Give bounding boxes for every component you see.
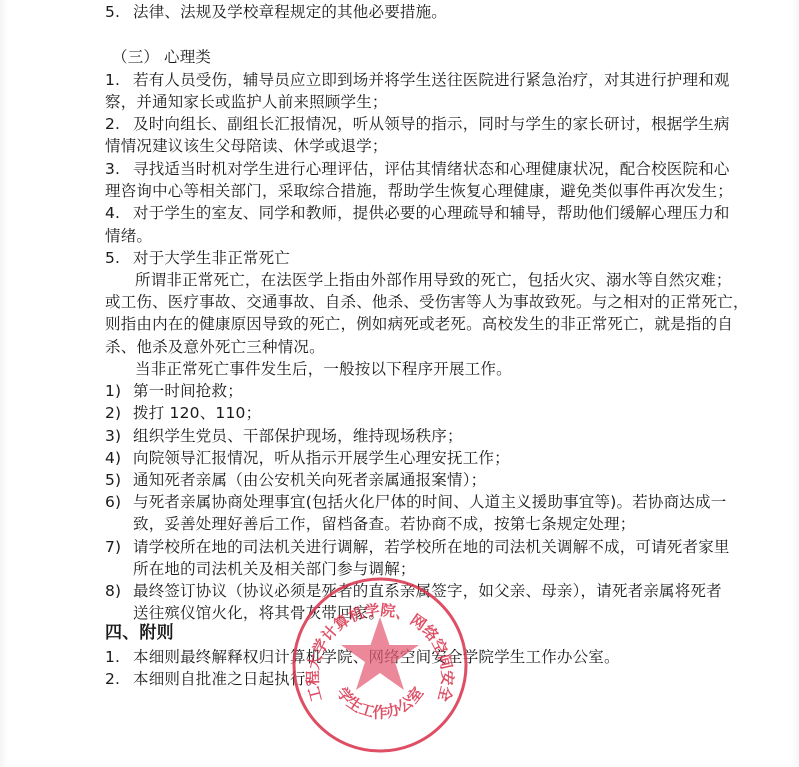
line-text: 第一时间抢救；	[133, 382, 243, 400]
line-text: 则指由内在的健康原因导致的死亡，例如病死或老死。高校发生的非正常死亡，就是指的自	[105, 315, 733, 333]
line-text: 最终签订协议（协议必须是死者的直系亲属签字，如父亲、母亲），请死者亲属将死者	[133, 582, 722, 600]
line-text: 对于大学生非正常死亡	[133, 249, 290, 267]
line-text: 当非正常死亡事件发生后，一般按以下程序开展工作。	[135, 360, 512, 378]
subsection-heading: （三）心理类	[112, 46, 211, 68]
line-text: 情情况建议该生父母陪读、休学或退学；	[105, 137, 388, 155]
item-number: 4.	[105, 202, 133, 224]
line-text: 察，并通知家长或监护人前来照顾学生；	[105, 93, 388, 111]
line-text: 组织学生党员、干部保护现场，维持现场秩序；	[133, 427, 463, 445]
section-heading: 四、附则	[105, 622, 174, 644]
line-text: 送往殡仪馆火化，将其骨灰带回家。	[133, 604, 384, 622]
line-text: 杀、他杀及意外死亡三种情况。	[105, 338, 325, 356]
item-number: 8)	[105, 580, 133, 602]
text-line: 4)向院领导汇报情况，听从指示开展学生心理安抚工作；	[105, 447, 510, 469]
line-text: 本细则自批准之日起执行。	[133, 670, 321, 688]
line-text: 心理类	[164, 48, 211, 66]
line-text: 理咨询中心等相关部门，采取综合措施，帮助学生恢复心理健康，避免类似事件再次发生；	[105, 182, 733, 200]
line-text: 拨打 120、110；	[133, 404, 261, 422]
item-number: 6)	[105, 491, 133, 513]
svg-text:学生工作办公室: 学生工作办公室	[333, 684, 427, 722]
text-line: 致，妥善处理好善后工作，留档备查。若协商不成，按第七条规定处理；	[133, 513, 635, 535]
line-text: 法律、法规及学校章程规定的其他必要措施。	[133, 3, 447, 21]
item-number: 5.	[105, 1, 133, 23]
item-number: 2.	[105, 113, 133, 135]
item-number: 1.	[105, 646, 133, 668]
line-text: 所在地的司法机关及相关部门参与调解；	[133, 560, 416, 578]
document-page: 5.法律、法规及学校章程规定的其他必要措施。（三）心理类1.若有人员受伤，辅导员…	[0, 0, 799, 767]
text-line: 杀、他杀及意外死亡三种情况。	[105, 336, 325, 358]
text-line: 2)拨打 120、110；	[105, 402, 261, 424]
line-text: 与死者亲属协商处理事宜(包括火化尸体的时间、人道主义援助事宜等)。若协商达成一	[133, 493, 726, 511]
line-text: 所谓非正常死亡，在法医学上指由外部作用导致的死亡，包括火灾、溺水等自然灾难；	[135, 271, 732, 289]
item-number: 7)	[105, 536, 133, 558]
line-text: 致，妥善处理好善后工作，留档备查。若协商不成，按第七条规定处理；	[133, 515, 635, 533]
item-number: 2)	[105, 402, 133, 424]
line-text: 若有人员受伤，辅导员应立即到场并将学生送往医院进行紧急治疗，对其进行护理和观	[133, 71, 730, 89]
text-line: 2.本细则自批准之日起执行。	[105, 668, 321, 690]
text-line: 2.及时向组长、副组长汇报情况，听从领导的指示，同时与学生的家长研讨，根据学生病	[105, 113, 730, 135]
line-text: 或工伤、医疗事故、交通事故、自杀、他杀、受伤害等人为事故致死。与之相对的正常死亡…	[105, 293, 749, 311]
item-number: 5)	[105, 469, 133, 491]
line-text: 寻找适当时机对学生进行心理评估，评估其情绪状态和心理健康状况，配合校医院和心	[133, 160, 730, 178]
text-line: 当非正常死亡事件发生后，一般按以下程序开展工作。	[135, 358, 512, 380]
item-number: 5.	[105, 247, 133, 269]
text-line: 6)与死者亲属协商处理事宜(包括火化尸体的时间、人道主义援助事宜等)。若协商达成…	[105, 491, 726, 513]
text-line: 4.对于学生的室友、同学和教师，提供必要的心理疏导和辅导，帮助他们缓解心理压力和	[105, 202, 730, 224]
text-line: 5.法律、法规及学校章程规定的其他必要措施。	[105, 1, 447, 23]
text-line: 或工伤、医疗事故、交通事故、自杀、他杀、受伤害等人为事故致死。与之相对的正常死亡…	[105, 291, 749, 313]
text-line: 3.寻找适当时机对学生进行心理评估，评估其情绪状态和心理健康状况，配合校医院和心	[105, 158, 730, 180]
line-text: 本细则最终解释权归计算机学院、网络空间安全学院学生工作办公室。	[133, 648, 620, 666]
line-text: 通知死者亲属（由公安机关向死者亲属通报案情）；	[133, 471, 486, 489]
item-number: 1.	[105, 69, 133, 91]
text-line: 1)第一时间抢救；	[105, 380, 243, 402]
text-line: 1.本细则最终解释权归计算机学院、网络空间安全学院学生工作办公室。	[105, 646, 620, 668]
line-text: 情绪。	[105, 227, 152, 245]
item-number: 3)	[105, 425, 133, 447]
line-text: 四、附则	[105, 623, 174, 643]
text-line: 情绪。	[105, 225, 152, 247]
text-line: 所在地的司法机关及相关部门参与调解；	[133, 558, 416, 580]
line-text: 对于学生的室友、同学和教师，提供必要的心理疏导和辅导，帮助他们缓解心理压力和	[133, 204, 730, 222]
item-number: 1)	[105, 380, 133, 402]
item-number: 2.	[105, 668, 133, 690]
line-text: 请学校所在地的司法机关进行调解，若学校所在地的司法机关调解不成，可请死者家里	[133, 538, 730, 556]
line-text: 向院领导汇报情况，听从指示开展学生心理安抚工作；	[133, 449, 510, 467]
text-line: 理咨询中心等相关部门，采取综合措施，帮助学生恢复心理健康，避免类似事件再次发生；	[105, 180, 733, 202]
text-line: 3)组织学生党员、干部保护现场，维持现场秩序；	[105, 425, 463, 447]
text-line: 情情况建议该生父母陪读、休学或退学；	[105, 135, 388, 157]
text-line: 则指由内在的健康原因导致的死亡，例如病死或老死。高校发生的非正常死亡，就是指的自	[105, 313, 733, 335]
text-line: 所谓非正常死亡，在法医学上指由外部作用导致的死亡，包括火灾、溺水等自然灾难；	[135, 269, 732, 291]
text-line: 送往殡仪馆火化，将其骨灰带回家。	[133, 602, 384, 624]
text-line: 5)通知死者亲属（由公安机关向死者亲属通报案情）；	[105, 469, 486, 491]
item-number: 3.	[105, 158, 133, 180]
text-line: 7)请学校所在地的司法机关进行调解，若学校所在地的司法机关调解不成，可请死者家里	[105, 536, 730, 558]
text-line: 5.对于大学生非正常死亡	[105, 247, 290, 269]
line-text: 及时向组长、副组长汇报情况，听从领导的指示，同时与学生的家长研讨，根据学生病	[133, 115, 730, 133]
text-line: 察，并通知家长或监护人前来照顾学生；	[105, 91, 388, 113]
item-number: 4)	[105, 447, 133, 469]
text-line: 1.若有人员受伤，辅导员应立即到场并将学生送往医院进行紧急治疗，对其进行护理和观	[105, 69, 730, 91]
text-line: 8)最终签订协议（协议必须是死者的直系亲属签字，如父亲、母亲），请死者亲属将死者	[105, 580, 722, 602]
item-number: （三）	[112, 46, 164, 68]
